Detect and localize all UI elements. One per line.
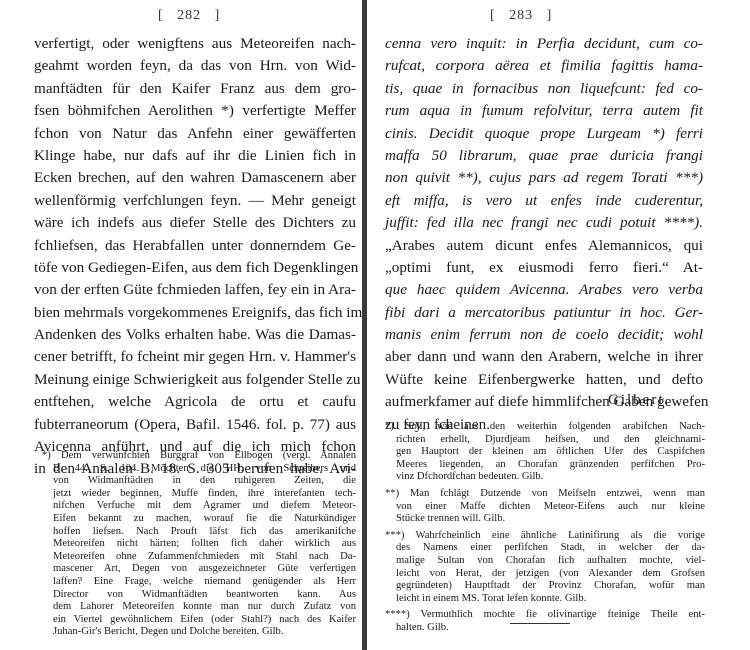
footnote-line: von einer Maffe dichten Meteor-Eifens au… [385,501,705,514]
text-line: manis enim ferrum non de coelo decidit; … [385,324,703,346]
right-page: [ 283 ] cenna vero inquit: in Perfia dec… [367,0,750,650]
text-line: „optimi funt, ex eiusmodi ferro fieri.“ … [385,257,703,279]
text-line: Ecken brechen, auf den wahren Damascener… [34,167,356,189]
footnote-line: Stücke trennen will. Gilb. [385,513,705,526]
footnote-line: vinz Dfchordfchan bedeuten. Gilb. [385,471,705,484]
footnote-line: Meteoreifen ohne Zufammenfchmieden mit S… [42,551,356,564]
footnote-line: mascener Art, Degen von ausgezeichneter … [42,563,356,576]
footnote-line: richten erhellt, Djurdjeam heifsen, und … [385,434,705,447]
text-line: verfertigt, oder wenigftens aus Meteorei… [34,33,356,55]
footnote-line: Juhan-Gir's Bericht, Degen und Dolche be… [42,626,356,639]
text-line: fchliefsen, das Herabfallen unter donner… [34,235,356,257]
footnote-3: ***) Wahrfcheinlich eine ähnliche Latini… [385,530,705,606]
text-line: Wüfte keine Eifenbergwerke hatten, und d… [385,369,703,391]
text-line: entftehen, welche Agricola de ortu et ca… [34,391,356,413]
left-body-text: verfertigt, oder wenigftens aus Meteorei… [34,33,356,481]
footnote-line: nifchen Verfuche mit dem Agramer und die… [42,500,356,513]
text-line: rufcat, corpora aërea et fimilia fagitti… [385,55,703,77]
right-footnotes: *) Soll, wie aus den weiterhin folgenden… [385,421,705,639]
footnote-line: Meeres liegenden, an Chorafan gränzenden… [385,459,705,472]
left-footnotes: *) Dem verwünfchten Burggraf von Ellboge… [42,450,356,643]
footnote-4: ****) Vermuthlich mochte fie olivinartig… [385,609,705,634]
footnote-line: Eifen bekannt zu machen, worauf fie die … [42,513,356,526]
text-line: töfe von Gediegen-Eifen, aus dem fich De… [34,257,356,279]
text-line: cener betrifft, fo fcheint mir gegen Hrn… [34,346,356,368]
text-line: von der erften Güte fchmieden laffen, fe… [34,279,356,301]
text-line: cenna vero inquit: in Perfia decidunt, c… [385,33,703,55]
footnote-line: hoffen liefsen. Nach Prouft läfst fich d… [42,526,356,539]
text-line: fchon von Natur das Anfehn einer gewäffe… [34,123,356,145]
text-line: Klinge habe, nur dafs auf ihr die Linien… [34,145,356,167]
footnote-line: Meteoreifen nicht härten; follten fich d… [42,538,356,551]
text-line: Meinung einige Schwierigkeit aus folgend… [34,369,356,391]
footnote-line: des Namens einer perfifchen Stadt, in we… [385,542,705,555]
footnote-line: **) Man fchlägt Dutzende von Meifseln en… [385,488,705,501]
footnote-line: ***) Wahrfcheinlich eine ähnliche Latini… [385,530,705,543]
left-page: [ 282 ] verfertigt, oder wenigftens aus … [0,0,362,650]
text-line: bien mehrmals vorgekommenes Ereignifs, d… [34,302,356,324]
footnote-line: leicht in einem MS. Torat lefen konnte. … [385,593,705,606]
footnote-2: **) Man fchlägt Dutzende von Meifseln en… [385,488,705,526]
footnote-line: ein Viertel gewöhnlichem Eifen (oder Sta… [42,614,356,627]
text-line: wellenförmig verfchlungen feyn. — Mehr g… [34,190,356,212]
footnote-1: *) Soll, wie aus den weiterhin folgenden… [385,421,705,484]
right-body-text: cenna vero inquit: in Perfia decidunt, c… [385,33,703,436]
text-line: non quivit **), cujus pars ad regem Tora… [385,167,703,189]
end-rule [510,623,570,624]
footnote-line: *) Dem verwünfchten Burggraf von Ellboge… [42,450,356,463]
text-line: tis, quae in fornacibus non liquefcunt: … [385,78,703,100]
footnote-line: von Widmanftädten in den ruhigeren Zeite… [42,475,356,488]
footnote-line: jetzt wieder beginnen, Muffe finden, ihr… [42,488,356,501]
footnote-line: dem Lahorer Meteoreifen konnte man nur d… [42,601,356,614]
text-line: juffit: fed illa nec frangi nec cudi pot… [385,212,703,234]
footnote-1: *) Dem verwünfchten Burggraf von Ellboge… [42,450,356,639]
footnote-line: malige Sultan von Chorafan fich aufhalte… [385,555,705,568]
footnote-line: ****) Vermuthlich mochte fie olivinartig… [385,609,705,622]
text-line: manftädten für den Kaifer Franz aus dem … [34,78,356,100]
text-line: geahmt worden feyn, da das von Hrn. von … [34,55,356,77]
text-line: maffa 50 librarum, quae prae duricia fra… [385,145,703,167]
text-line: fibi dari a mercatoribus patiuntur in ho… [385,302,703,324]
text-line: cinis. Decidit quoque prope Lurgeam *) f… [385,123,703,145]
text-line: rum aqua in fumum refolvitur, terra aute… [385,100,703,122]
footnote-line: laffen? Eine Frage, welche niemand genüg… [42,576,356,589]
footnote-line: Director von Widmanftädten beantworten k… [42,589,356,602]
footnote-line: leicht von Herat, der jetzigen (von Alex… [385,568,705,581]
footnote-line: B. 44. S. 104. Möchten die HH. von Schre… [42,463,356,476]
page-number-right: [ 283 ] [490,8,552,24]
footnote-line: *) Soll, wie aus den weiterhin folgenden… [385,421,705,434]
footnote-line: gen Hauptort der kleinen am öftlichen Uf… [385,446,705,459]
author-signature: Gilbert. [608,392,670,409]
text-line: Andenken des Volks erhalten habe. Was di… [34,324,356,346]
text-line: fubterraneorum (Opera, Bafil. 1546. fol.… [34,414,356,436]
text-line: aber dann und wann den Arabern, welche i… [385,346,703,368]
text-line: wäre ich indefs aus diefer Stelle des Di… [34,212,356,234]
text-line: fsen böhmifchen Aerolithen *) verfertigt… [34,100,356,122]
text-line: eft miffa, is vero ut enfes inde cuderen… [385,190,703,212]
footnote-line: gegründeten) Hauptftadt der Provinz Chor… [385,580,705,593]
text-line: que haec quidem Avicenna. Arabes vero ve… [385,279,703,301]
text-line: „Arabes autem dicunt enfes Alemannicos, … [385,235,703,257]
page-number-left: [ 282 ] [158,8,220,24]
